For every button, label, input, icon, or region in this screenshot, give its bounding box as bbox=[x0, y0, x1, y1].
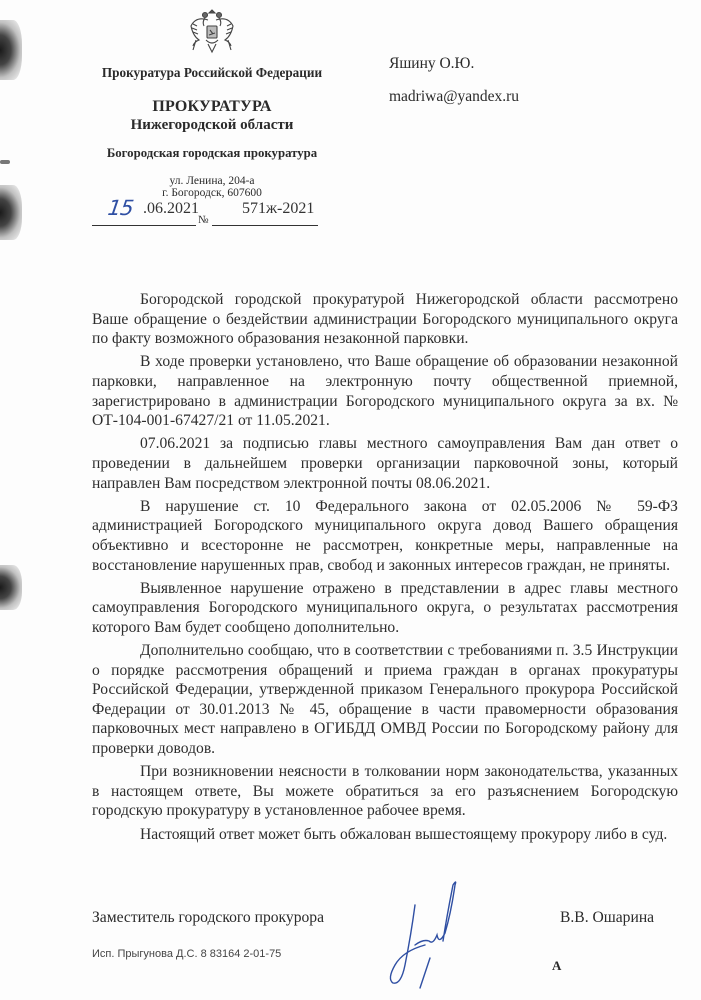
handwritten-date-day: 15 bbox=[106, 196, 134, 220]
paragraph: В ходе проверки установлено, что Ваше об… bbox=[92, 352, 678, 430]
date-underline bbox=[92, 225, 196, 226]
scan-shadow bbox=[0, 20, 22, 80]
signer-name: В.В. Ошарина bbox=[560, 909, 654, 927]
document-date: .06.2021 bbox=[143, 200, 199, 218]
number-sign: № bbox=[198, 214, 209, 226]
recipient-email: madriwa@yandex.ru bbox=[389, 88, 519, 106]
paragraph: 07.06.2021 за подписью главы местного са… bbox=[92, 434, 678, 493]
office-street: ул. Ленина, 204-а bbox=[88, 175, 336, 187]
office-region: Нижегородской области bbox=[88, 117, 336, 134]
office-title: ПРОКУРАТУРА bbox=[88, 98, 336, 116]
paragraph: Богородской городской прокуратурой Нижег… bbox=[92, 290, 678, 349]
scan-dash bbox=[0, 160, 10, 164]
scan-shadow bbox=[0, 185, 22, 240]
office-name: Богородская городская прокуратура bbox=[88, 146, 336, 161]
reference-number: 571ж-2021 bbox=[242, 200, 314, 218]
executor-contact: Исп. Прыгунова Д.С. 8 83164 2-01-75 bbox=[92, 948, 281, 960]
organization-name: Прокуратура Российской Федерации bbox=[88, 65, 336, 81]
scan-shadow bbox=[0, 565, 22, 610]
paragraph: Выявленное нарушение отражено в представ… bbox=[92, 579, 678, 638]
paragraph: При возникновении неясности в толковании… bbox=[92, 762, 678, 821]
signer-title: Заместитель городского прокурора bbox=[92, 909, 324, 927]
handwritten-signature-icon bbox=[385, 880, 465, 995]
paragraph: Дополнительно сообщаю, что в соответстви… bbox=[92, 641, 678, 759]
recipient-name: Яшину О.Ю. bbox=[389, 55, 474, 73]
letter-body: Богородской городской прокуратурой Нижег… bbox=[92, 290, 678, 848]
document-mark: А bbox=[552, 958, 561, 974]
number-underline bbox=[212, 225, 318, 226]
paragraph: Настоящий ответ может быть обжалован выш… bbox=[92, 825, 678, 845]
paragraph: В нарушение ст. 10 Федерального закона о… bbox=[92, 497, 678, 575]
russian-coat-of-arms-icon bbox=[186, 6, 238, 58]
